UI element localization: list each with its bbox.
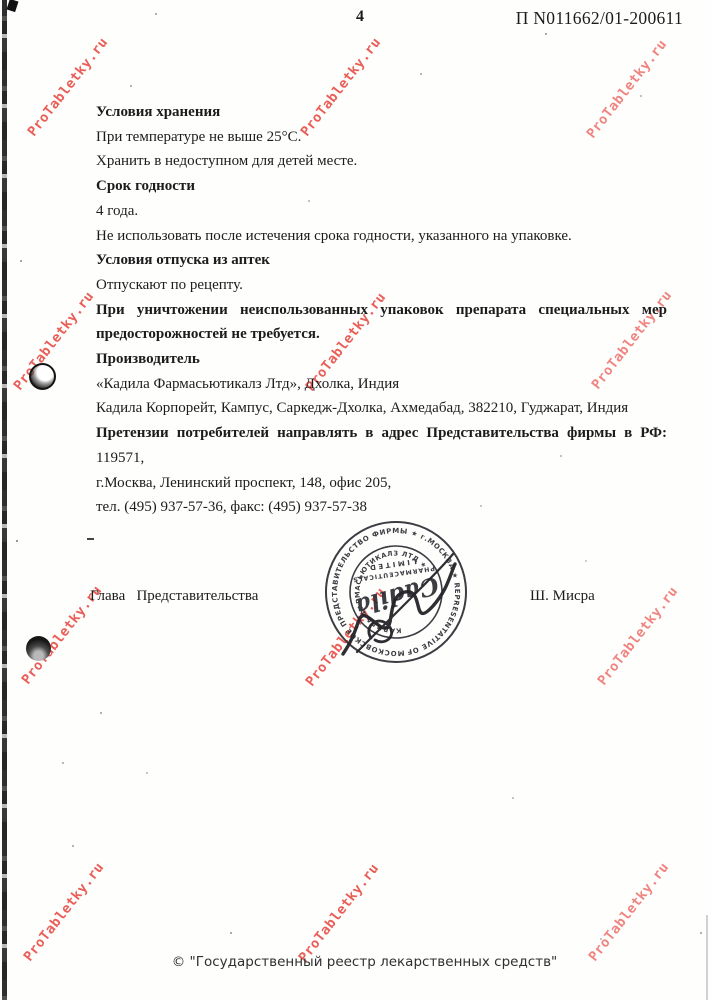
watermark: ProTabletky.ru: [21, 859, 108, 964]
registration-number: П N011662/01-200611: [516, 8, 683, 29]
watermark: ProTabletky.ru: [296, 860, 383, 965]
text-do-not-use-expired: Не использовать после истечения срока го…: [96, 224, 667, 249]
watermark: ProTabletky.ru: [595, 583, 682, 688]
text-rep-office-address: г.Москва, Ленинский проспект, 148, офис …: [96, 471, 667, 496]
heading-storage-conditions: Условия хранения: [96, 100, 667, 125]
text-keep-away-children: Хранить в недоступном для детей месте.: [96, 149, 667, 174]
heading-manufacturer: Производитель: [96, 347, 667, 372]
text-manufacturer-name: «Кадила Фармасьютикалз Лтд», Дхолка, Инд…: [96, 372, 667, 397]
text-claims-bold: Претензии потребителей направлять в адре…: [96, 425, 667, 441]
text-temperature: При температуре не выше 25°С.: [96, 125, 667, 150]
signature-title: Глава Представительства: [90, 588, 258, 605]
signatory-name: Ш. Мисра: [530, 588, 595, 605]
document-body: Условия хранения При температуре не выше…: [96, 100, 667, 520]
scan-noise-specks: [0, 0, 2, 2]
scan-edge-artifact: [2, 0, 7, 1000]
footer-copyright: © "Государственный реестр лекарственных …: [0, 954, 711, 970]
watermark: ProTabletky.ru: [586, 859, 673, 964]
text-manufacturer-address: Кадила Корпорейт, Кампус, Саркедж-Дхолка…: [96, 396, 667, 421]
scanned-document-page: 4 П N011662/01-200611 ProTabletky.ru Pro…: [0, 0, 711, 1000]
text-disposal-line1: При уничтожении неиспользованных упаково…: [96, 298, 667, 323]
text-claims-line: Претензии потребителей направлять в адре…: [96, 421, 667, 470]
handwritten-signature: [327, 534, 477, 674]
hole-punch-mark: [26, 636, 51, 661]
text-prescription-only: Отпускают по рецепту.: [96, 273, 667, 298]
page-number: 4: [340, 8, 380, 26]
heading-dispensing: Условия отпуска из аптек: [96, 248, 667, 273]
heading-shelf-life: Срок годности: [96, 174, 667, 199]
scan-dash-artifact: [87, 538, 94, 540]
text-disposal-line2: предосторожностей не требуется.: [96, 322, 667, 347]
text-claims-zip: 119571,: [96, 450, 144, 466]
text-shelf-life-value: 4 года.: [96, 199, 667, 224]
scan-corner-mark: [7, 0, 19, 12]
hole-punch-mark: [29, 363, 56, 390]
